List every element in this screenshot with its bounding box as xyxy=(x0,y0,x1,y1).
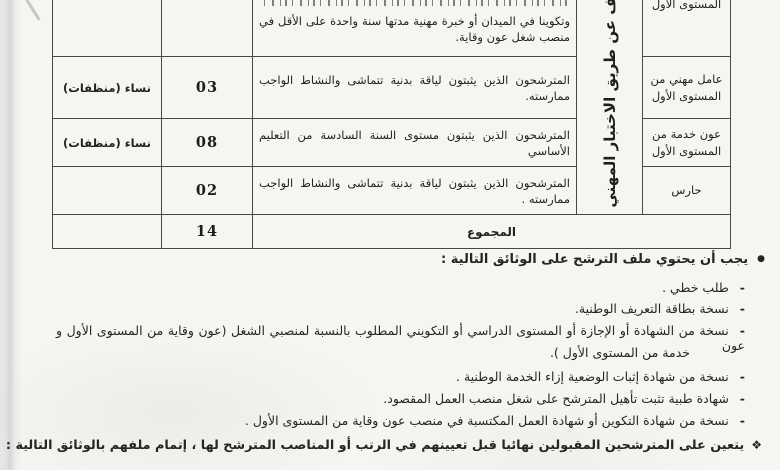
conditions-cell: المترشحون الذين يثبتون مستوى السنة الساد… xyxy=(253,119,577,167)
category-cell xyxy=(53,0,162,57)
dash-marker: - xyxy=(740,301,745,316)
diamond-bullet-icon: ❖ xyxy=(751,438,762,452)
document-item-text: طلب خطي . xyxy=(662,280,729,295)
category-cell: نساء (منظفات) xyxy=(53,119,162,167)
document-item-text: نسخة بطاقة التعريف الوطنية. xyxy=(575,301,729,316)
document-item: -نسخة بطاقة التعريف الوطنية. xyxy=(575,301,745,316)
final-candidates-note-line: ❖يتعين على المترشحين المقبولين نهائيا قب… xyxy=(6,438,762,453)
scan-smudge-artifact xyxy=(24,0,40,21)
document-item-text: نسخة من شهادة التكوين أو شهادة العمل الم… xyxy=(245,413,729,428)
job-title-cell: عون وقاية من المستوى الأول xyxy=(643,0,731,57)
recruitment-table: عون وقاية من المستوى الأول التوظيف عن طر… xyxy=(52,0,731,249)
category-cell xyxy=(53,167,162,215)
documents-intro-text: يجب أن يحتوي ملف الترشح على الوثائق التا… xyxy=(441,252,748,267)
document-item: -طلب خطي . xyxy=(662,280,745,295)
final-candidates-note-text: يتعين على المترشحين المقبولين نهائيا قبل… xyxy=(6,438,744,453)
table-row: عون وقاية من المستوى الأول التوظيف عن طر… xyxy=(53,0,731,57)
document-item: -نسخة من شهادة إثبات الوضعية إزاء الخدمة… xyxy=(456,369,745,384)
dash-marker: - xyxy=(740,391,745,406)
category-cell xyxy=(53,215,162,249)
total-label-cell: المجموع xyxy=(253,215,731,249)
document-item-text: نسخة من شهادة إثبات الوضعية إزاء الخدمة … xyxy=(456,369,729,384)
dash-marker: - xyxy=(740,413,745,428)
dash-marker: - xyxy=(740,280,745,295)
document-item: -نسخة من شهادة التكوين أو شهادة العمل ال… xyxy=(245,413,745,428)
total-row: المجموع 14 xyxy=(53,215,731,249)
document-item-continuation: خدمة من المستوى الأول ). xyxy=(550,345,690,360)
document-item: -شهادة طبية تثبت تأهيل المترشح على شغل م… xyxy=(383,391,745,406)
cut-off-text-line xyxy=(262,0,567,6)
bullet-icon: ● xyxy=(757,254,765,264)
post-count-cell: 03 xyxy=(162,57,253,119)
conditions-text: وتكوينا في الميدان أو خبرة مهنية مدتها س… xyxy=(259,13,570,45)
total-count-cell: 14 xyxy=(162,215,253,249)
conditions-cell: المترشحون الذين يثبتون لياقة بدنية تتماش… xyxy=(253,167,577,215)
job-title-cell: عون خدمة من المستوى الأول xyxy=(643,119,731,167)
post-count-cell: 02 xyxy=(162,167,253,215)
document-item-text: شهادة طبية تثبت تأهيل المترشح على شغل من… xyxy=(383,391,729,406)
documents-intro-line: ●يجب أن يحتوي ملف الترشح على الوثائق الت… xyxy=(441,252,765,267)
conditions-cell: المترشحون الذين يثبتون لياقة بدنية تتماش… xyxy=(253,57,577,119)
job-title-cell: عامل مهني من المستوى الأول xyxy=(643,57,731,119)
dash-marker: - xyxy=(740,369,745,384)
post-count-cell: 01 xyxy=(162,0,253,57)
recruitment-method-cell: التوظيف عن طريق الاختبار المهني xyxy=(577,0,643,215)
recruitment-table-wrap: عون وقاية من المستوى الأول التوظيف عن طر… xyxy=(53,0,731,249)
job-title-cell: حارس xyxy=(643,167,731,215)
post-count-cell: 08 xyxy=(162,119,253,167)
scanned-document-page: عون وقاية من المستوى الأول التوظيف عن طر… xyxy=(0,0,780,470)
conditions-cell: وتكوينا في الميدان أو خبرة مهنية مدتها س… xyxy=(253,0,577,57)
category-cell: نساء (منظفات) xyxy=(53,57,162,119)
recruitment-method-vertical-label: التوظيف عن طريق الاختبار المهني xyxy=(602,0,618,207)
dash-marker: - xyxy=(740,323,745,338)
